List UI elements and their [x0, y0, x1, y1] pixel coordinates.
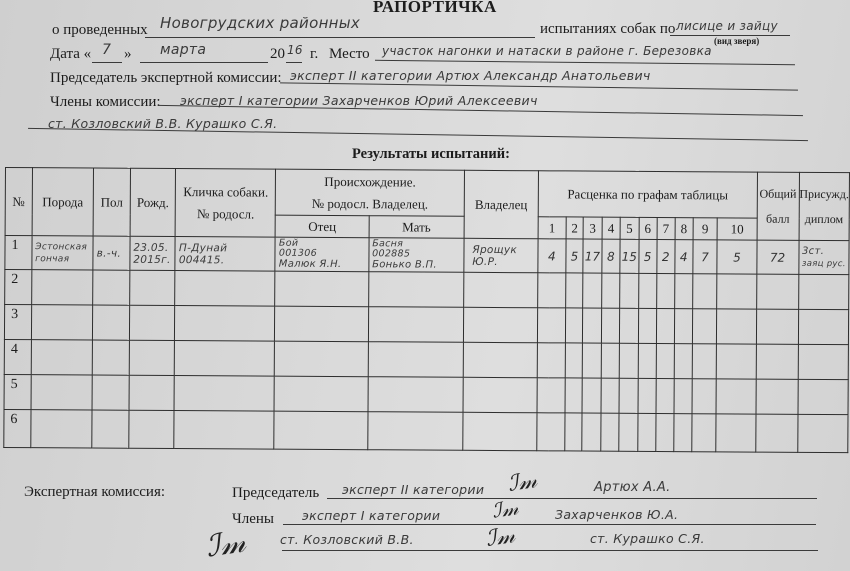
date-day-underline — [92, 62, 122, 63]
footer-member2-value: ст. Козловский В.В. — [280, 532, 414, 547]
row-num: 3 — [4, 305, 31, 340]
cell-birth-line1: 23.05. — [130, 241, 175, 253]
footer-chairman-underline — [327, 498, 817, 499]
col-header-score-4: 4 — [602, 217, 620, 239]
cell-mother: Басня 002885 Бонько В.П. — [369, 238, 464, 273]
results-heading: Результаты испытаний: — [352, 146, 510, 163]
col-header-total: Общий балл — [757, 172, 799, 240]
score-value: 7 — [701, 250, 709, 264]
cell-diploma: 3ст. заяц рус. — [798, 240, 849, 274]
cell-score-3: 17 — [583, 239, 602, 273]
document-title: РАПОРТИЧКА — [373, 0, 497, 17]
col-header-father: Отец — [275, 215, 368, 238]
footer-member3-value: ст. Курашко С.Я. — [590, 531, 705, 546]
col-header-score-5: 5 — [620, 217, 639, 239]
col-header-scores: Расценка по графам таблицы — [538, 171, 757, 218]
cell-birth-line2: 2015г. — [130, 253, 175, 265]
conducted-underline — [145, 37, 535, 38]
cell-total: 72 — [757, 240, 799, 274]
col-header-score-6: 6 — [639, 217, 657, 239]
cell-breed: Эстонская гончая — [32, 236, 94, 270]
member2-signature: ℐ𝓂 — [204, 524, 248, 564]
score-value: 2 — [662, 250, 670, 264]
col-header-origin: Происхождение. № родосл. Владелец. — [276, 169, 465, 216]
col-header-diploma-line1: Присужд. — [799, 186, 849, 201]
col-header-name-line1: Кличка собаки. — [176, 184, 275, 201]
year-prefix: 20 — [270, 46, 285, 63]
col-header-diploma-line2: диплом — [799, 211, 849, 226]
conducted-label: о проведенных — [52, 22, 148, 39]
row-num: 1 — [5, 236, 32, 270]
col-header-origin-line1: Происхождение. — [276, 173, 464, 190]
chairman-value: эксперт II категории Артюх Александр Ана… — [290, 68, 651, 83]
place-underline — [375, 60, 795, 65]
cell-score-5: 15 — [620, 239, 639, 273]
col-header-owner: Владелец — [464, 170, 538, 238]
col-header-score-9: 9 — [693, 218, 718, 240]
cell-owner: Ярощук Ю.Р. — [464, 238, 538, 272]
col-header-score-3: 3 — [583, 217, 602, 239]
row-num: 2 — [5, 270, 32, 305]
results-table: № Порода Пол Рожд. Кличка собаки. № родо… — [3, 167, 850, 453]
date-label: Дата « — [50, 46, 91, 63]
score-value: 15 — [622, 249, 637, 263]
footer-chairman-value: эксперт II категории — [342, 482, 484, 497]
date-day: 7 — [102, 42, 111, 58]
trials-value: лисице и зайцу — [676, 19, 778, 33]
col-header-diploma: Присужд. диплом — [799, 172, 850, 240]
col-header-name-line2: № родосл. — [176, 206, 275, 223]
cell-breed-line1: Эстонская — [32, 241, 93, 253]
table-row: 2 — [5, 270, 849, 310]
col-header-score-8: 8 — [675, 218, 693, 240]
row-num: 6 — [4, 409, 31, 447]
col-header-score-1: 1 — [538, 217, 566, 239]
total-value: 72 — [770, 250, 785, 264]
col-header-breed: Порода — [32, 168, 94, 236]
score-value: 17 — [585, 249, 600, 263]
cell-father: Бой 001306 Малюк Я.Н. — [275, 237, 368, 272]
score-value: 8 — [607, 249, 615, 263]
footer-members-underline-1 — [283, 524, 816, 525]
footer-chairman-label: Председатель — [232, 485, 319, 502]
col-header-num: № — [5, 168, 32, 236]
cell-score-7: 2 — [657, 239, 675, 273]
member1-signature: ℐ𝓂 — [490, 495, 519, 522]
trial-type-caption: (вид зверя) — [714, 36, 759, 46]
cell-father-line2: 001306 — [276, 249, 368, 260]
cell-mother-line2: 002885 — [369, 249, 463, 260]
cell-diploma-line2: заяц рус. — [799, 257, 849, 269]
cell-name-line1: П-Дунай — [176, 242, 275, 255]
date-month-underline — [140, 62, 268, 63]
col-header-score-2: 2 — [566, 217, 583, 239]
cell-name: П-Дунай 004415. — [175, 237, 275, 272]
table-row: 1 Эстонская гончая в.-ч. 23.05. 2015г. П… — [5, 236, 849, 275]
year-suffix: 16 — [287, 43, 303, 57]
score-value: 4 — [548, 249, 556, 263]
score-value: 5 — [571, 249, 579, 263]
cell-sex: в.-ч. — [93, 236, 130, 270]
members-label: Члены комиссии: — [50, 94, 161, 111]
cell-score-8: 4 — [675, 240, 693, 274]
footer-member1-name: Захарченков Ю.А. — [555, 507, 678, 522]
member3-signature: ℐ𝓂 — [484, 523, 516, 552]
year-unit: г. — [310, 46, 318, 63]
cell-birth: 23.05. 2015г. — [130, 236, 176, 270]
col-header-score-10: 10 — [717, 218, 757, 240]
table-row: 5 — [4, 374, 848, 414]
cell-father-line3: Малюк Я.Н. — [276, 259, 368, 271]
col-header-mother: Мать — [369, 216, 464, 239]
footer-member1-value: эксперт I категории — [302, 508, 440, 523]
col-header-score-7: 7 — [657, 217, 675, 239]
cell-score-6: 5 — [639, 239, 657, 273]
place-label: Место — [329, 46, 370, 63]
cell-owner-line2: Ю.Р. — [464, 255, 537, 267]
cell-score-9: 7 — [693, 240, 718, 274]
cell-score-10: 5 — [717, 240, 757, 274]
col-header-birth: Рожд. — [130, 168, 176, 236]
col-header-name: Кличка собаки. № родосл. — [175, 169, 275, 238]
col-header-origin-line2: № родосл. Владелец. — [276, 195, 464, 212]
conducted-value: Новогрудских районных — [160, 14, 360, 32]
chairman-underline — [280, 82, 798, 90]
cell-diploma-line1: 3ст. — [799, 245, 849, 257]
score-value: 5 — [644, 249, 652, 263]
footer-chairman-name: Артюх А.А. — [594, 480, 671, 495]
col-header-total-line2: балл — [757, 211, 798, 226]
cell-breed-line2: гончая — [32, 253, 93, 265]
cell-score-4: 8 — [602, 239, 620, 273]
cell-mother-line3: Бонько В.П. — [369, 259, 463, 271]
cell-owner-line1: Ярощук — [464, 243, 537, 255]
year-underline — [286, 62, 302, 63]
row-num: 5 — [4, 374, 31, 409]
table-row: 6 — [4, 409, 848, 452]
row-num: 4 — [4, 339, 31, 374]
members-underline-2 — [28, 128, 808, 141]
table-row: 3 — [4, 305, 848, 345]
cell-score-2: 5 — [566, 239, 583, 273]
cell-name-line2: 004415. — [176, 254, 275, 267]
chairman-signature: ℐ𝓂 — [506, 468, 538, 497]
trials-label: испытаниях собак по — [540, 21, 675, 38]
col-header-sex: Пол — [93, 168, 130, 236]
col-header-total-line1: Общий — [758, 186, 799, 201]
cell-sex-value: в.-ч. — [94, 247, 130, 259]
cell-score-1: 4 — [538, 239, 566, 273]
place-value: участок нагонки и натаски в районе г. Бе… — [382, 44, 712, 58]
footer-members-underline-2 — [282, 550, 818, 551]
date-month: марта — [160, 42, 206, 58]
table-row: 4 — [4, 339, 848, 379]
date-close: » — [124, 46, 132, 63]
chairman-label: Председатель экспертной комиссии: — [50, 70, 282, 87]
score-value: 5 — [733, 250, 741, 264]
commission-label: Экспертная комиссия: — [24, 484, 165, 501]
score-value: 4 — [680, 250, 688, 264]
